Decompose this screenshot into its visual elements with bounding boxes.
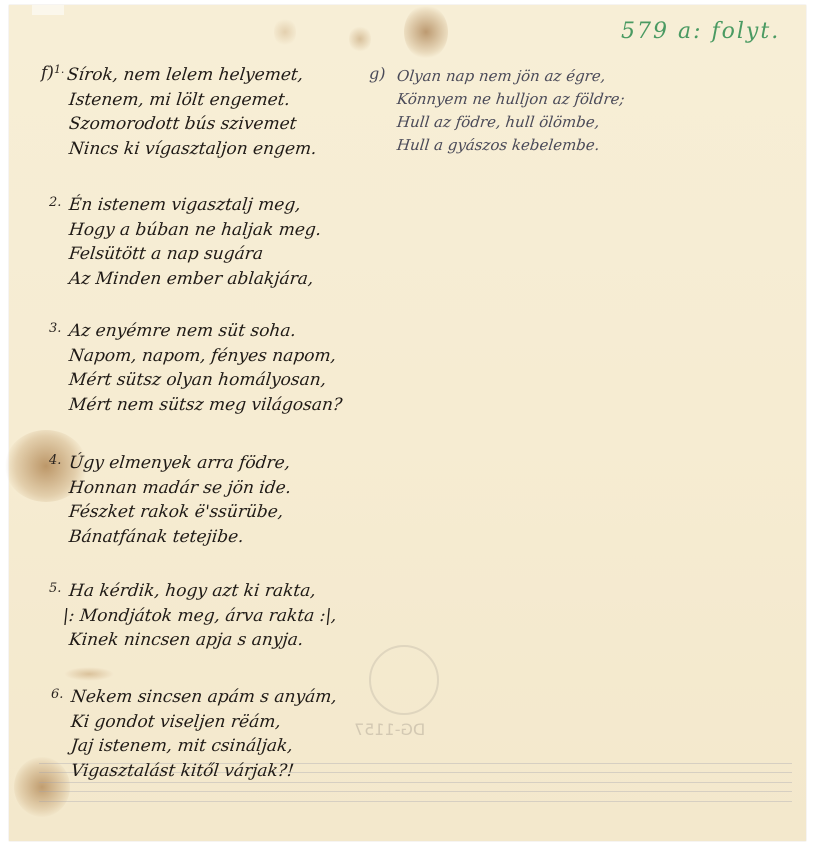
paper-edge-notch — [32, 5, 64, 15]
verse-line: Sírok, nem lelem helyemet, — [66, 63, 318, 88]
verse-line: Könnyem ne hulljon az földre; — [396, 88, 626, 111]
verse-line: Jaj istenem, mit csináljak, — [70, 734, 338, 759]
verse-line: Ki gondot viseljen rëám, — [70, 710, 338, 735]
verse-g: g) Olyan nap nem jön az égre, Könnyem ne… — [397, 65, 625, 157]
verse-line: Fészket rakok ë'ssürübe, — [68, 500, 293, 525]
verse-line: Hull az födre, hull ölömbe, — [396, 111, 626, 134]
verse-line: Honnan madár se jön ide. — [68, 476, 293, 501]
stain-top-left — [274, 17, 296, 47]
manuscript-page: 579 a: folyt. f)1. Sírok, nem lelem hely… — [9, 5, 806, 841]
ruled-line — [39, 791, 792, 792]
verse-number: 2. — [49, 195, 61, 210]
verse-line: Én istenem vigasztalj meg, — [68, 193, 323, 218]
verse-line: Nincs ki vígasztaljon engem. — [66, 137, 318, 162]
verse-line: Bánatfának tetejibe. — [68, 525, 293, 550]
verse-line: Vigasztalást kitől várjak?! — [70, 759, 338, 784]
verse-line: |: Mondjátok meg, árva rakta :|, — [62, 604, 338, 629]
verse-line: Az Minden ember ablakjára, — [68, 267, 323, 292]
verse-line: Hogy a búban ne haljak meg. — [68, 218, 323, 243]
verse-line: Felsütött a nap sugára — [68, 242, 323, 267]
verse-line: Az enyémre nem süt soha. — [68, 319, 344, 344]
verse-2: 2. Én istenem vigasztalj meg, Hogy a búb… — [69, 193, 321, 291]
verse-line: Nekem sincsen apám s anyám, — [70, 685, 338, 710]
verse-3: 3. Az enyémre nem süt soha. Napom, napom… — [69, 319, 342, 417]
stain-top-center — [404, 5, 448, 59]
verse-number: 5. — [49, 581, 61, 596]
archive-stamp — [369, 645, 439, 715]
verse-5: 5. Ha kérdik, hogy azt ki rakta, |: Mond… — [69, 579, 337, 653]
stamp-code-mirrored: DG-1157 — [354, 720, 425, 739]
stain-left-bottom — [14, 757, 70, 817]
section-label-f: f)1. — [41, 63, 64, 83]
verse-number: 6. — [51, 687, 63, 702]
verse-number: 4. — [49, 453, 61, 468]
stain-top-small — [349, 25, 371, 53]
verse-1: f)1. Sírok, nem lelem helyemet, Istenem,… — [67, 63, 317, 161]
verse-number: 3. — [49, 321, 61, 336]
verse-line: Kinek nincsen apja s anyja. — [68, 628, 338, 653]
stain-left-small — [64, 667, 114, 681]
verse-line: Hull a gyászos kebelembe. — [396, 134, 626, 157]
verse-line: Mért sütsz olyan homályosan, — [68, 368, 344, 393]
verse-line: Úgy elmenyek arra födre, — [68, 451, 293, 476]
verse-line: Mért nem sütsz meg világosan? — [68, 393, 344, 418]
ruled-line — [39, 801, 792, 802]
verse-line: Szomorodott bús szivemet — [66, 112, 318, 137]
verse-line: Istenem, mi lölt engemet. — [66, 88, 318, 113]
verse-line: Olyan nap nem jön az égre, — [396, 65, 626, 88]
verse-6: 6. Nekem sincsen apám s anyám, Ki gondot… — [71, 685, 337, 783]
verse-4: 4. Úgy elmenyek arra födre, Honnan madár… — [69, 451, 291, 549]
section-label-g: g) — [369, 64, 385, 83]
verse-line: Ha kérdik, hogy azt ki rakta, — [68, 579, 338, 604]
verse-line: Napom, napom, fényes napom, — [68, 344, 344, 369]
archive-number-note: 579 a: folyt. — [621, 19, 780, 44]
